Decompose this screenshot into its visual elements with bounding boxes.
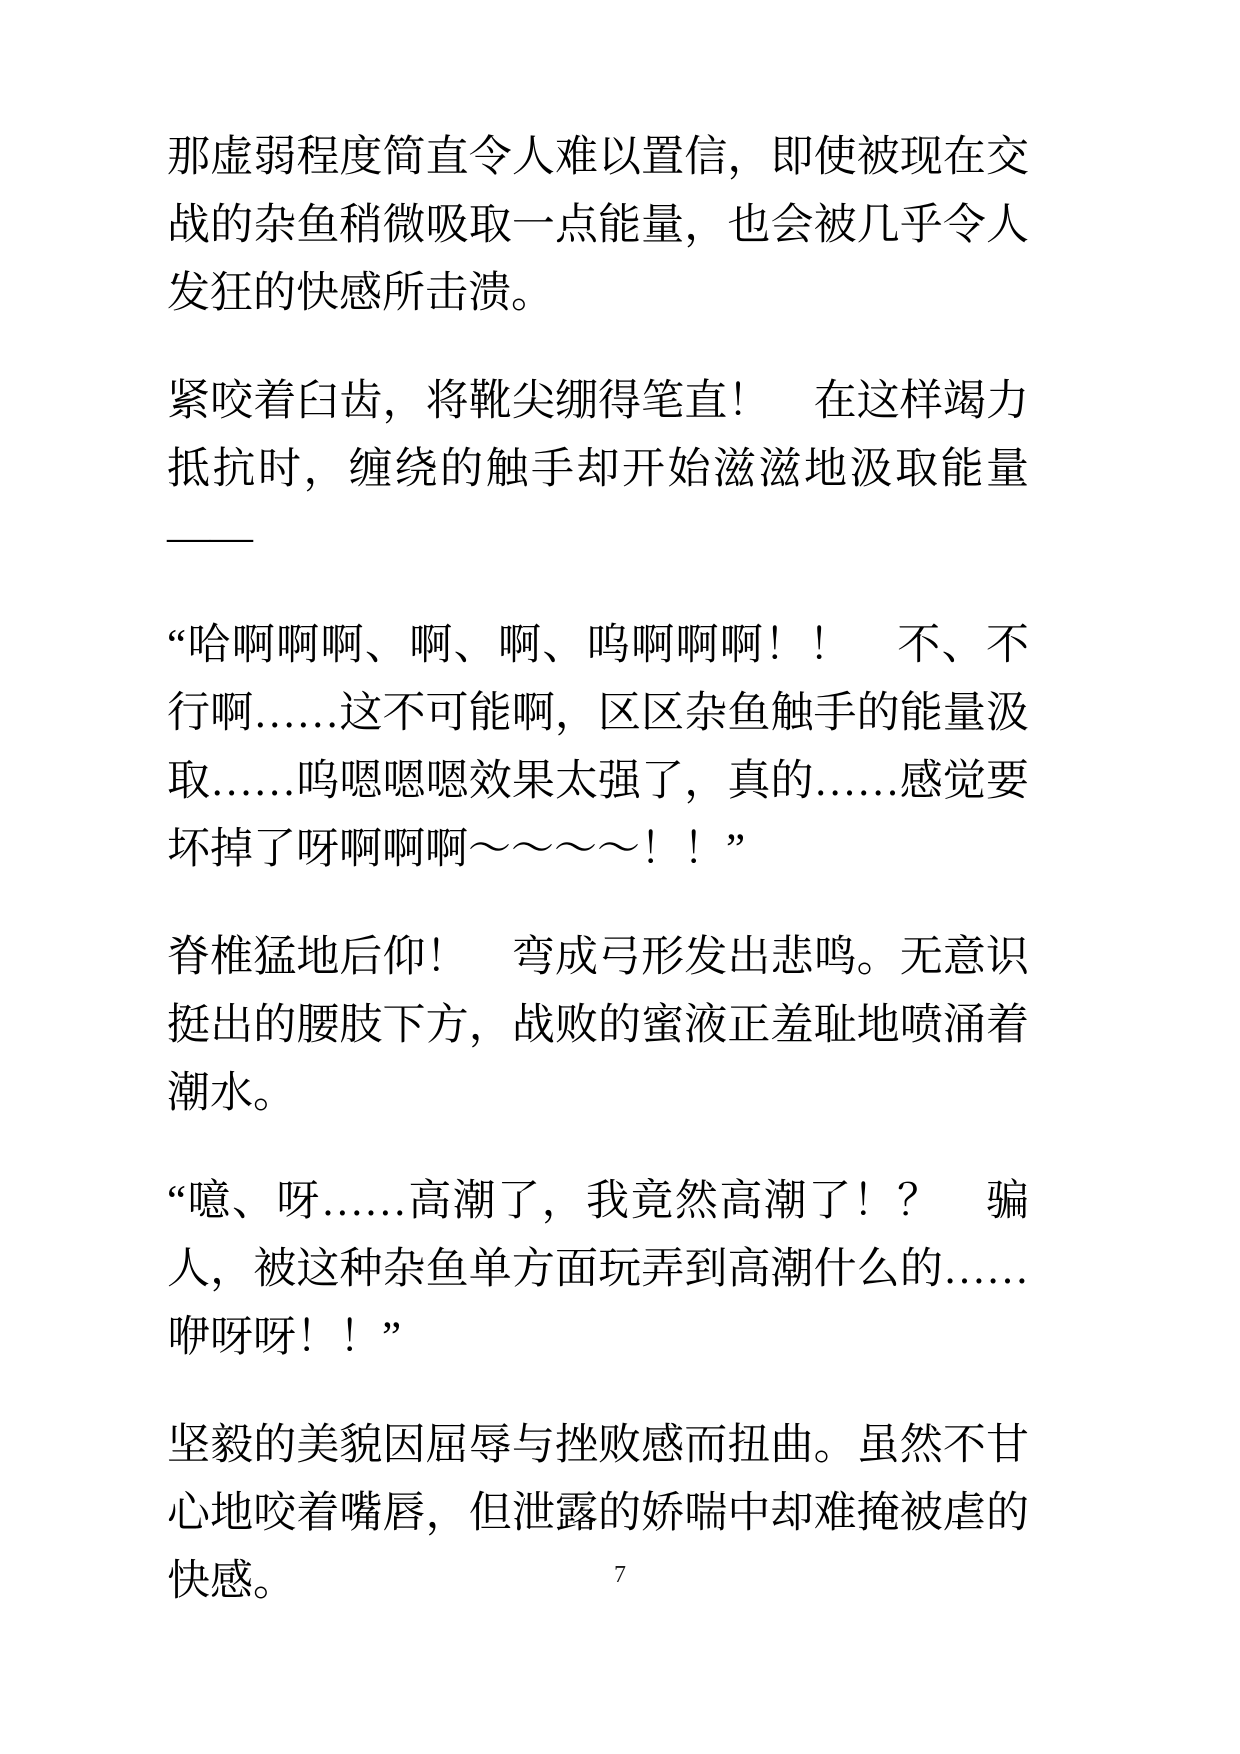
paragraph: 那虚弱程度简直令人难以置信，即使被现在交战的杂鱼稍微吸取一点能量，也会被几乎令人… — [167, 124, 1029, 328]
document-page: 那虚弱程度简直令人难以置信，即使被现在交战的杂鱼稍微吸取一点能量，也会被几乎令人… — [0, 0, 1240, 1754]
paragraph: 脊椎猛地后仰！ 弯成弓形发出悲鸣。无意识挺出的腰肢下方，战败的蜜液正羞耻地喷涌着… — [167, 924, 1029, 1128]
paragraph: “噫、呀……高潮了，我竟然高潮了！？ 骗人，被这种杂鱼单方面玩弄到高潮什么的……… — [167, 1168, 1029, 1372]
page-text-body: 那虚弱程度简直令人难以置信，即使被现在交战的杂鱼稍微吸取一点能量，也会被几乎令人… — [167, 124, 1029, 1656]
paragraph: “哈啊啊啊、啊、啊、呜啊啊啊！！ 不、不行啊……这不可能啊，区区杂鱼触手的能量汲… — [167, 612, 1029, 884]
paragraph: 紧咬着臼齿，将靴尖绷得笔直！ 在这样竭力抵抗时，缠绕的触手却开始滋滋地汲取能量—… — [167, 368, 1029, 572]
page-number: 7 — [0, 1558, 1240, 1592]
